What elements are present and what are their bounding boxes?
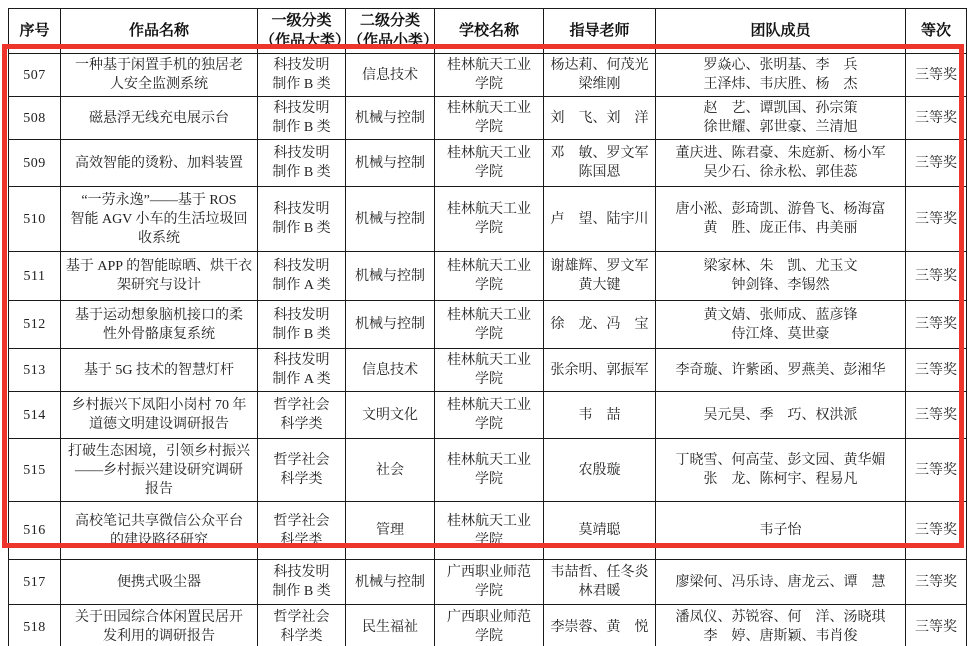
cell-category2: 信息技术 bbox=[346, 349, 435, 392]
cell-members: 罗焱心、张明基、李 兵 王泽炜、韦庆胜、杨 杰 bbox=[656, 54, 906, 97]
cell-members: 赵 艺、谭凯国、孙宗策 徐世耀、郭世豪、兰清旭 bbox=[656, 97, 906, 140]
col-header-category1: 一级分类 （作品大类） bbox=[258, 9, 346, 54]
table-row: 507 一种基于闲置手机的独居老 人安全监测系统 科技发明 制作 B 类 信息技… bbox=[9, 54, 967, 97]
cell-members: 黄文婧、张师成、蓝彦锋 侍江烽、莫世豪 bbox=[656, 301, 906, 349]
cell-category1: 哲学社会 科学类 bbox=[258, 605, 346, 646]
cell-category2: 文明文化 bbox=[346, 392, 435, 439]
cell-school: 桂林航天工业 学院 bbox=[435, 97, 544, 140]
cell-category1: 科技发明 制作 B 类 bbox=[258, 140, 346, 187]
cell-no: 509 bbox=[9, 140, 61, 187]
table-row: 517 便携式吸尘器 科技发明 制作 B 类 机械与控制 广西职业师范 学院 韦… bbox=[9, 560, 967, 605]
cell-rank: 三等奖 bbox=[906, 252, 967, 301]
cell-members: 潘凤仪、苏锐容、何 洋、汤晓琪 李 婷、唐斯颖、韦肖俊 bbox=[656, 605, 906, 646]
cell-category1: 哲学社会 科学类 bbox=[258, 502, 346, 560]
cell-advisors: 李崇蓉、黄 悦 bbox=[544, 605, 656, 646]
cell-school: 桂林航天工业 学院 bbox=[435, 187, 544, 252]
cell-advisors: 谢雄辉、罗文军 黄大键 bbox=[544, 252, 656, 301]
cell-category1: 哲学社会 科学类 bbox=[258, 439, 346, 502]
cell-advisors: 韦 喆 bbox=[544, 392, 656, 439]
table-row: 512 基于运动想象脑机接口的柔 性外骨骼康复系统 科技发明 制作 B 类 机械… bbox=[9, 301, 967, 349]
award-results-table: 序号 作品名称 一级分类 （作品大类） 二级分类 （作品小类） 学校名称 指导老… bbox=[8, 8, 967, 646]
cell-category1: 科技发明 制作 B 类 bbox=[258, 560, 346, 605]
cell-no: 512 bbox=[9, 301, 61, 349]
cell-advisors: 杨达莉、何茂光 梁维刚 bbox=[544, 54, 656, 97]
table-row: 511 基于 APP 的智能晾晒、烘干衣 架研究与设计 科技发明 制作 A 类 … bbox=[9, 252, 967, 301]
cell-rank: 三等奖 bbox=[906, 349, 967, 392]
cell-no: 515 bbox=[9, 439, 61, 502]
cell-members: 唐小淞、彭琦凯、游鲁飞、杨海富 黄 胜、庞正伟、冉美丽 bbox=[656, 187, 906, 252]
cell-advisors: 莫靖聪 bbox=[544, 502, 656, 560]
table-row: 513 基于 5G 技术的智慧灯杆 科技发明 制作 A 类 信息技术 桂林航天工… bbox=[9, 349, 967, 392]
cell-category2: 民生福祉 bbox=[346, 605, 435, 646]
table-row: 516 高校笔记共享微信公众平台 的建设路径研究 哲学社会 科学类 管理 桂林航… bbox=[9, 502, 967, 560]
cell-advisors: 刘 飞、刘 洋 bbox=[544, 97, 656, 140]
cell-rank: 三等奖 bbox=[906, 502, 967, 560]
cell-category2: 机械与控制 bbox=[346, 97, 435, 140]
cell-category1: 科技发明 制作 B 类 bbox=[258, 54, 346, 97]
cell-no: 507 bbox=[9, 54, 61, 97]
cell-school: 桂林航天工业 学院 bbox=[435, 439, 544, 502]
table-row: 510 “一劳永逸”——基于 ROS 智能 AGV 小车的生活垃圾回 收系统 科… bbox=[9, 187, 967, 252]
cell-category2: 社会 bbox=[346, 439, 435, 502]
cell-no: 517 bbox=[9, 560, 61, 605]
cell-no: 508 bbox=[9, 97, 61, 140]
cell-title: 高效智能的烫粉、加料装置 bbox=[61, 140, 258, 187]
cell-category2: 管理 bbox=[346, 502, 435, 560]
header-row: 序号 作品名称 一级分类 （作品大类） 二级分类 （作品小类） 学校名称 指导老… bbox=[9, 9, 967, 54]
cell-title: 基于 5G 技术的智慧灯杆 bbox=[61, 349, 258, 392]
cell-category1: 科技发明 制作 B 类 bbox=[258, 97, 346, 140]
cell-category1: 科技发明 制作 B 类 bbox=[258, 301, 346, 349]
cell-category2: 信息技术 bbox=[346, 54, 435, 97]
cell-category1: 科技发明 制作 A 类 bbox=[258, 349, 346, 392]
cell-advisors: 张余明、郭振军 bbox=[544, 349, 656, 392]
cell-title: 关于田园综合体闲置民居开 发利用的调研报告 bbox=[61, 605, 258, 646]
cell-title: “一劳永逸”——基于 ROS 智能 AGV 小车的生活垃圾回 收系统 bbox=[61, 187, 258, 252]
cell-no: 513 bbox=[9, 349, 61, 392]
cell-school: 桂林航天工业 学院 bbox=[435, 140, 544, 187]
cell-members: 梁家林、朱 凯、尤玉文 钟剑锋、李锡然 bbox=[656, 252, 906, 301]
cell-rank: 三等奖 bbox=[906, 439, 967, 502]
cell-advisors: 徐 龙、冯 宝 bbox=[544, 301, 656, 349]
cell-category2: 机械与控制 bbox=[346, 140, 435, 187]
cell-school: 桂林航天工业 学院 bbox=[435, 392, 544, 439]
cell-category2: 机械与控制 bbox=[346, 560, 435, 605]
cell-no: 516 bbox=[9, 502, 61, 560]
cell-rank: 三等奖 bbox=[906, 301, 967, 349]
cell-category2: 机械与控制 bbox=[346, 187, 435, 252]
cell-school: 广西职业师范 学院 bbox=[435, 605, 544, 646]
col-header-advisors: 指导老师 bbox=[544, 9, 656, 54]
cell-no: 511 bbox=[9, 252, 61, 301]
cell-title: 便携式吸尘器 bbox=[61, 560, 258, 605]
cell-category2: 机械与控制 bbox=[346, 252, 435, 301]
cell-no: 514 bbox=[9, 392, 61, 439]
cell-rank: 三等奖 bbox=[906, 560, 967, 605]
cell-advisors: 韦喆哲、任冬炎 林君暖 bbox=[544, 560, 656, 605]
cell-members: 吴元昊、季 巧、权洪派 bbox=[656, 392, 906, 439]
cell-category1: 科技发明 制作 A 类 bbox=[258, 252, 346, 301]
cell-rank: 三等奖 bbox=[906, 187, 967, 252]
col-header-rank: 等次 bbox=[906, 9, 967, 54]
cell-school: 广西职业师范 学院 bbox=[435, 560, 544, 605]
cell-rank: 三等奖 bbox=[906, 392, 967, 439]
cell-school: 桂林航天工业 学院 bbox=[435, 54, 544, 97]
document-page: 序号 作品名称 一级分类 （作品大类） 二级分类 （作品小类） 学校名称 指导老… bbox=[0, 0, 974, 646]
cell-members: 韦子怡 bbox=[656, 502, 906, 560]
cell-members: 李奇璇、许紫函、罗燕美、彭湘华 bbox=[656, 349, 906, 392]
col-header-category2: 二级分类 （作品小类） bbox=[346, 9, 435, 54]
cell-rank: 三等奖 bbox=[906, 140, 967, 187]
cell-advisors: 农殷璇 bbox=[544, 439, 656, 502]
cell-category2: 机械与控制 bbox=[346, 301, 435, 349]
cell-members: 董庆进、陈君豪、朱庭新、杨小军 吴少石、徐永松、郭佳蕊 bbox=[656, 140, 906, 187]
col-header-members: 团队成员 bbox=[656, 9, 906, 54]
cell-no: 518 bbox=[9, 605, 61, 646]
cell-title: 基于运动想象脑机接口的柔 性外骨骼康复系统 bbox=[61, 301, 258, 349]
cell-rank: 三等奖 bbox=[906, 54, 967, 97]
table-row: 514 乡村振兴下凤阳小岗村 70 年 道德文明建设调研报告 哲学社会 科学类 … bbox=[9, 392, 967, 439]
cell-title: 磁悬浮无线充电展示台 bbox=[61, 97, 258, 140]
col-header-school: 学校名称 bbox=[435, 9, 544, 54]
table-row: 515 打破生态困境，引领乡村振兴 ——乡村振兴建设研究调研 报告 哲学社会 科… bbox=[9, 439, 967, 502]
table-row: 518 关于田园综合体闲置民居开 发利用的调研报告 哲学社会 科学类 民生福祉 … bbox=[9, 605, 967, 646]
cell-advisors: 邓 敏、罗文军 陈国恩 bbox=[544, 140, 656, 187]
cell-rank: 三等奖 bbox=[906, 97, 967, 140]
table-row: 508 磁悬浮无线充电展示台 科技发明 制作 B 类 机械与控制 桂林航天工业 … bbox=[9, 97, 967, 140]
cell-advisors: 卢 望、陆宇川 bbox=[544, 187, 656, 252]
cell-title: 乡村振兴下凤阳小岗村 70 年 道德文明建设调研报告 bbox=[61, 392, 258, 439]
cell-school: 桂林航天工业 学院 bbox=[435, 252, 544, 301]
cell-school: 桂林航天工业 学院 bbox=[435, 349, 544, 392]
cell-title: 一种基于闲置手机的独居老 人安全监测系统 bbox=[61, 54, 258, 97]
cell-title: 打破生态困境，引领乡村振兴 ——乡村振兴建设研究调研 报告 bbox=[61, 439, 258, 502]
cell-school: 桂林航天工业 学院 bbox=[435, 301, 544, 349]
cell-category1: 科技发明 制作 B 类 bbox=[258, 187, 346, 252]
cell-category1: 哲学社会 科学类 bbox=[258, 392, 346, 439]
cell-rank: 三等奖 bbox=[906, 605, 967, 646]
cell-no: 510 bbox=[9, 187, 61, 252]
cell-title: 高校笔记共享微信公众平台 的建设路径研究 bbox=[61, 502, 258, 560]
col-header-title: 作品名称 bbox=[61, 9, 258, 54]
cell-members: 廖梁何、冯乐诗、唐龙云、谭 慧 bbox=[656, 560, 906, 605]
table-row: 509 高效智能的烫粉、加料装置 科技发明 制作 B 类 机械与控制 桂林航天工… bbox=[9, 140, 967, 187]
cell-school: 桂林航天工业 学院 bbox=[435, 502, 544, 560]
col-header-no: 序号 bbox=[9, 9, 61, 54]
cell-title: 基于 APP 的智能晾晒、烘干衣 架研究与设计 bbox=[61, 252, 258, 301]
cell-members: 丁晓雪、何高莹、彭文园、黄华媚 张 龙、陈柯宇、程易凡 bbox=[656, 439, 906, 502]
